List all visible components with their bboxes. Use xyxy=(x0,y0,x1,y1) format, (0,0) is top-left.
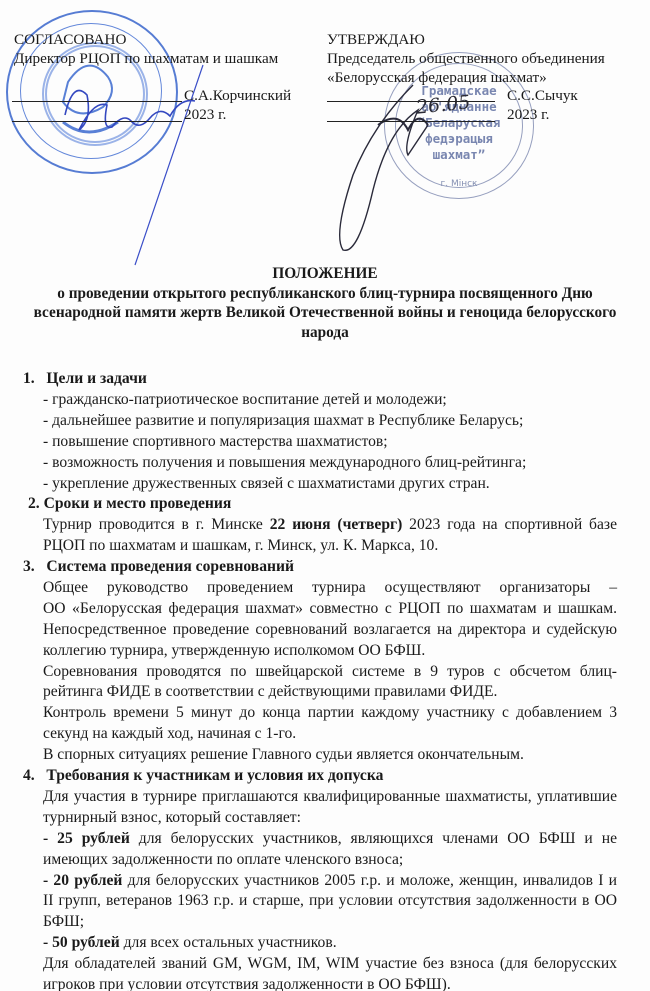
fee-line: БФШ; xyxy=(43,912,617,933)
section-1-heading: 1. Цели и задачи xyxy=(23,369,147,390)
fee-line: - 50 рублей для всех остальных участнико… xyxy=(43,933,617,954)
paragraph-line: Для обладателей званий GM, WGM, IM, WIM … xyxy=(43,954,617,975)
paragraph-line: секунд на каждый ход, начиная с 1-го. xyxy=(43,724,617,745)
section-title: Система проведения соревнований xyxy=(46,558,294,575)
approval-right-heading: УТВЕРЖДАЮ xyxy=(327,30,425,49)
approval-left-position: Директор РЦОП по шахматам и шашкам xyxy=(14,49,278,68)
title-heading: ПОЛОЖЕНИЕ xyxy=(0,264,650,284)
signature-line xyxy=(12,101,182,102)
paragraph-line: В спорных ситуациях решение Главного суд… xyxy=(43,745,617,766)
approval-left-name: С.А.Корчинский xyxy=(184,86,291,105)
paragraph-line: игроков при условии отсутствия задолженн… xyxy=(43,975,617,991)
paragraph-line: коллегию турнира, утвержденную исполкомо… xyxy=(43,641,617,662)
fee-text: для белорусских участников, являющихся ч… xyxy=(130,830,617,847)
section-4-heading: 4. Требования к участникам и условия их … xyxy=(23,766,383,787)
section-number: 3. xyxy=(23,558,35,575)
section-title: Требования к участникам и условия их доп… xyxy=(46,767,383,784)
fee-amount: - 25 рублей xyxy=(43,830,130,847)
fee-line: II групп, ветеранов 1963 г.р. и старше, … xyxy=(43,891,617,912)
section-number: 4. xyxy=(23,767,35,784)
fee-line: - 20 рублей для белорусских участников 2… xyxy=(43,871,617,892)
paragraph-line: Турнир проводится в г. Минске 22 июня (ч… xyxy=(43,515,617,536)
text: Турнир проводится в г. Минске xyxy=(43,516,270,533)
date-line xyxy=(12,121,182,122)
section-title: Цели и задачи xyxy=(46,370,146,387)
signature-left xyxy=(55,40,245,270)
paragraph-line: турнирный взнос, который составляет: xyxy=(43,808,617,829)
paragraph-line: Непосредственное проведение соревнований… xyxy=(43,620,617,641)
date-line xyxy=(327,121,495,122)
paragraph-line: Для участия в турнире приглашаются квали… xyxy=(43,787,617,808)
event-date: 22 июня (четверг) xyxy=(270,516,403,533)
paragraph-line: ОО «Белорусская федерация шахмат» совмес… xyxy=(43,599,617,620)
fee-line: - 25 рублей для белорусских участников, … xyxy=(43,829,617,850)
paragraph-line: РЦОП по шахматам и шашкам, г. Минск, ул.… xyxy=(43,536,617,557)
fee-text: для всех остальных участников. xyxy=(120,934,337,951)
fee-amount: - 50 рублей xyxy=(43,934,120,951)
section-1-list: - гражданско-патриотическое воспитание д… xyxy=(43,390,617,494)
title-line: народа xyxy=(0,323,650,343)
signature-line xyxy=(327,101,495,102)
section-2-heading: 2. Сроки и место проведения xyxy=(28,494,231,515)
title-line: о проведении открытого республиканского … xyxy=(0,284,650,304)
paragraph-line: Общее руководство проведением турнира ос… xyxy=(43,578,617,599)
approval-right-position: Председатель общественного объединения xyxy=(327,49,605,68)
approval-left-year: 2023 г. xyxy=(184,105,226,124)
fee-amount: - 20 рублей xyxy=(43,872,122,889)
paragraph-line: Контроль времени 5 минут до конца партии… xyxy=(43,703,617,724)
text: 2023 года на спортивной базе xyxy=(402,516,617,533)
list-item: - повышение спортивного мастерства шахма… xyxy=(43,432,617,453)
section-3-heading: 3. Система проведения соревнований xyxy=(23,557,294,578)
approval-right-year: 2023 г. xyxy=(507,105,549,124)
list-item: - укрепление дружественных связей с шахм… xyxy=(43,474,617,495)
paragraph-line: рейтинга ФИДЕ в соответствии с действующ… xyxy=(43,682,617,703)
document-title: ПОЛОЖЕНИЕ о проведении открытого республ… xyxy=(0,264,650,342)
section-number: 1. xyxy=(23,370,35,387)
section-4-text: Для участия в турнире приглашаются квали… xyxy=(43,787,617,991)
approval-left-heading: СОГЛАСОВАНО xyxy=(14,30,126,49)
approval-right-name: С.С.Сычук xyxy=(507,86,578,105)
fee-text: для белорусских участников 2005 г.р. и м… xyxy=(122,872,617,889)
section-3-text: Общее руководство проведением турнира ос… xyxy=(43,578,617,766)
paragraph-line: Соревнования проводятся по швейцарской с… xyxy=(43,662,617,683)
section-title: Сроки и место проведения xyxy=(44,495,232,512)
section-number: 2. xyxy=(28,495,40,512)
list-item: - гражданско-патриотическое воспитание д… xyxy=(43,390,617,411)
list-item: - дальнейшее развитие и популяризация ша… xyxy=(43,411,617,432)
approval-right-organization: «Белорусская федерация шахмат» xyxy=(327,68,547,87)
title-line: всенародной памяти жертв Великой Отечест… xyxy=(0,303,650,323)
fee-line: имеющих задолженности по оплате членског… xyxy=(43,850,617,871)
list-item: - возможность получения и повышения межд… xyxy=(43,453,617,474)
section-2-text: Турнир проводится в г. Минске 22 июня (ч… xyxy=(43,515,617,557)
